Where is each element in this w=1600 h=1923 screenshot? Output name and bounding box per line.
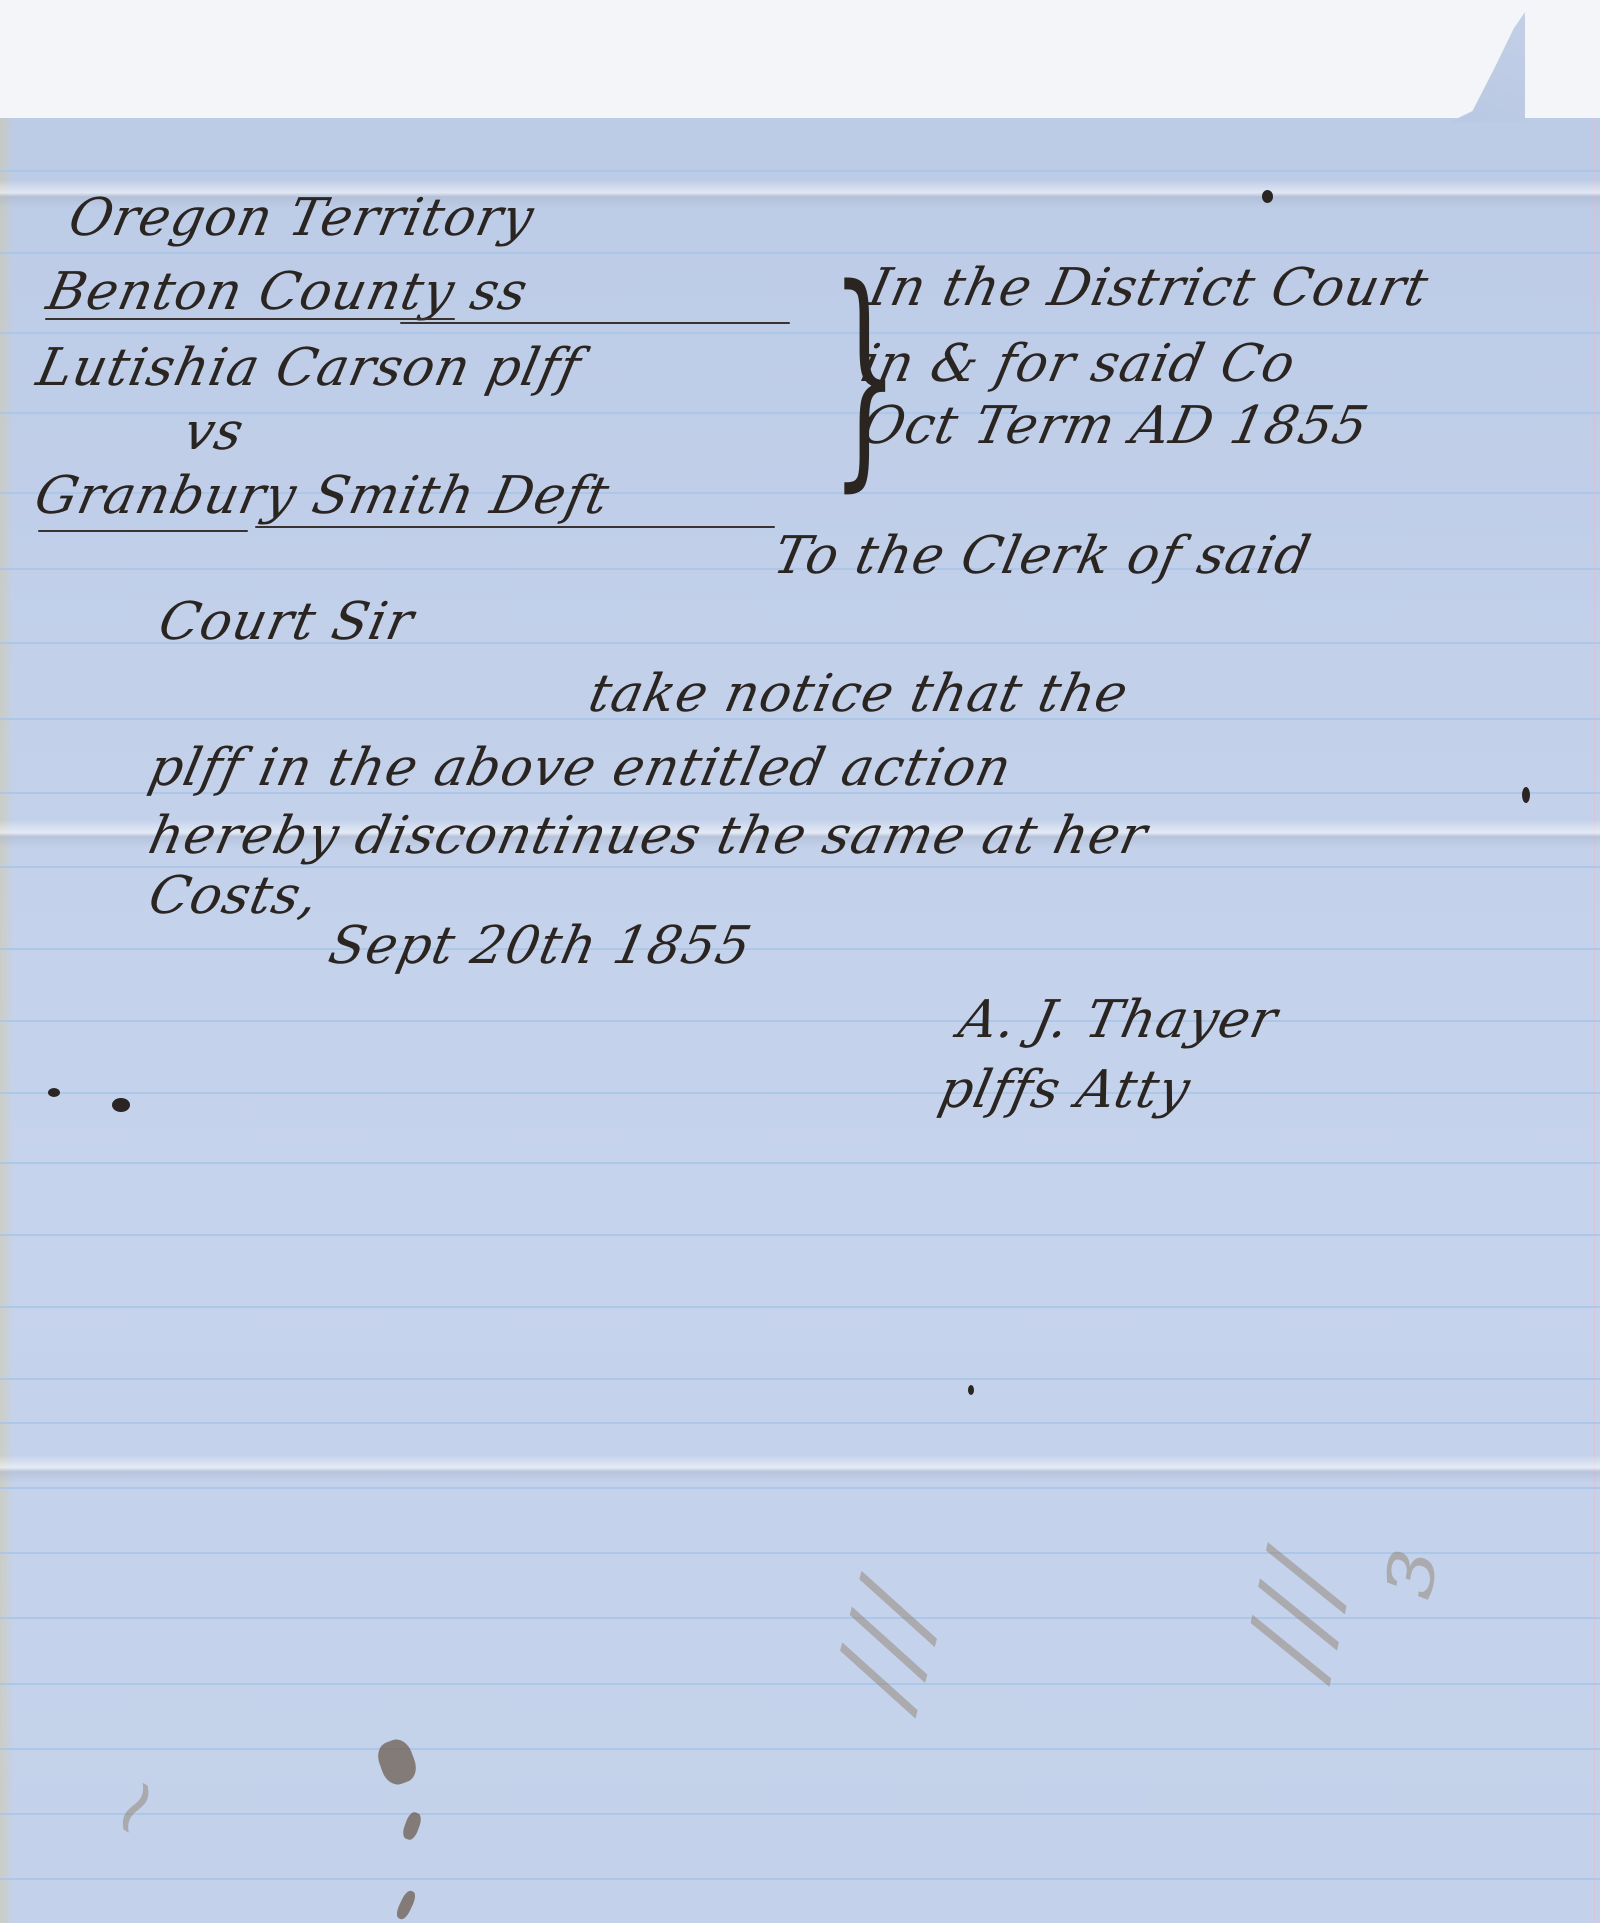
underline <box>255 526 775 528</box>
body-line: take notice that the <box>584 664 1134 724</box>
rule-line <box>0 1683 1600 1685</box>
venue-county: Benton County ss <box>42 262 534 322</box>
rule-line <box>0 252 1600 254</box>
plaintiff-name: Lutishia Carson plff <box>32 338 587 398</box>
court-name: In the District Court <box>864 258 1434 318</box>
rule-line <box>0 332 1600 334</box>
underline <box>38 530 248 532</box>
rule-line <box>0 1234 1600 1236</box>
rule-line <box>0 1378 1600 1380</box>
ink-dot <box>1522 787 1530 803</box>
salutation-continued: Court Sir <box>154 592 420 652</box>
rule-line <box>0 1092 1600 1094</box>
body-line: plff in the above entitled action <box>144 738 1018 798</box>
underline <box>400 322 790 324</box>
venue-territory: Oregon Territory <box>64 188 540 248</box>
ink-smudge <box>112 1098 130 1112</box>
rule-line <box>0 1422 1600 1424</box>
rule-line <box>0 948 1600 950</box>
signature-name: A. J. Thayer <box>954 990 1283 1050</box>
rule-line <box>0 1306 1600 1308</box>
court-jurisdiction: in & for said Co <box>856 334 1301 394</box>
body-line: Costs, <box>144 866 325 926</box>
rule-line <box>0 1748 1600 1750</box>
court-term: Oct Term AD 1855 <box>856 396 1374 456</box>
rule-line <box>0 1878 1600 1880</box>
fold-crease <box>0 1455 1600 1483</box>
document-date: Sept 20th 1855 <box>324 916 757 976</box>
body-line: hereby discontinues the same at her <box>144 806 1153 866</box>
ink-smudge <box>48 1088 60 1097</box>
ink-dot <box>968 1385 974 1395</box>
rule-line <box>0 1162 1600 1164</box>
signature-title: plffs Atty <box>934 1060 1196 1120</box>
margin-line <box>1594 118 1595 1923</box>
rule-line <box>0 1020 1600 1022</box>
defendant-name: Granbury Smith Deft <box>30 466 615 526</box>
salutation: To the Clerk of said <box>769 526 1317 586</box>
rule-line <box>0 1487 1600 1489</box>
ink-dot <box>1262 190 1273 203</box>
rule-line <box>0 1813 1600 1815</box>
rule-line <box>0 170 1600 172</box>
underline <box>45 318 455 320</box>
